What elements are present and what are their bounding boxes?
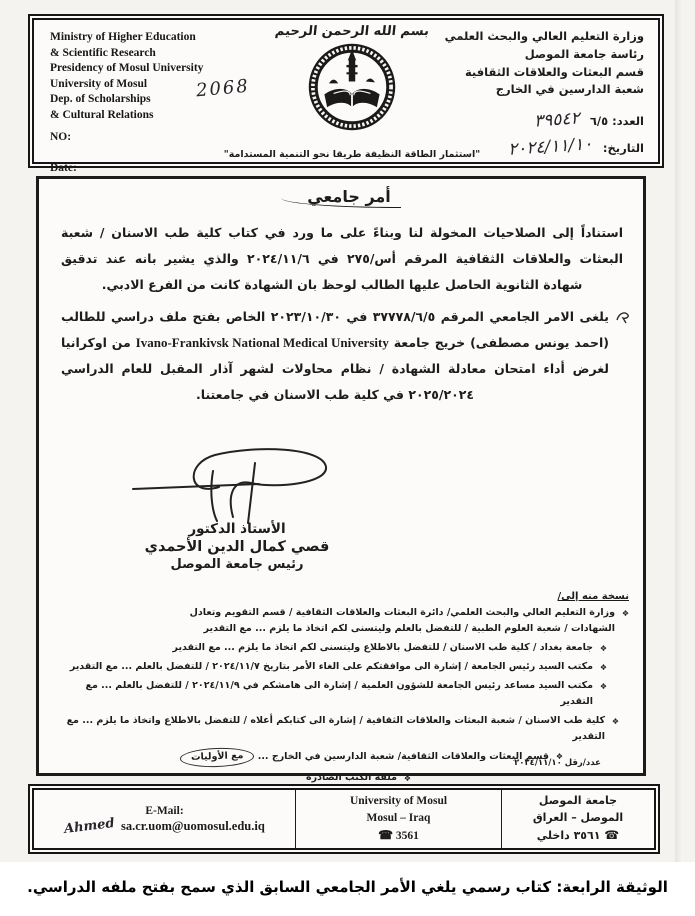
signer-title: الأستاذ الدكتور xyxy=(117,521,357,537)
university-seal-icon xyxy=(306,41,398,133)
phone-icon: ☎ xyxy=(604,828,619,842)
footer-bar: E-Mail: Ahmed sa.cr.uom@uomosul.edu.iq U… xyxy=(28,784,660,854)
cc-item-president-office: ❖ مكتب السيد رئيس الجامعة / إشارة الى مو… xyxy=(53,659,607,675)
diamond-bullet-icon: ❖ xyxy=(600,641,607,657)
footer-university-ar: جامعة الموصل xyxy=(539,793,617,810)
page-edge-shadow xyxy=(675,0,683,862)
date-label-ar: التاريخ: xyxy=(603,141,644,155)
ref-number-label: العدد: ٦/٥ xyxy=(590,114,644,128)
cc-item-baghdad: ❖ جامعة بغداد / كلية طب الاسنان / للتفضل… xyxy=(53,640,607,656)
cc-item-dentistry-college: ❖ كلية طب الاسنان / شعبة البعثات والعلاق… xyxy=(53,713,619,745)
university-name-english: Ivano-Frankivsk National Medical Univers… xyxy=(136,330,389,356)
cc-item-scholarships-dept: ❖ قسم البعثات والعلاقات الثقافية/ شعبة ا… xyxy=(53,748,563,767)
screenshot: Ministry of Higher Education & Scientifi… xyxy=(0,0,695,916)
signature-block: الأستاذ الدكتور قصي كمال الدين الأحمدي ر… xyxy=(117,437,357,572)
signer-name: قصي كمال الدين الأحمدي xyxy=(117,539,357,555)
footer-english-cell: University of Mosul Mosul – Iraq ☎ 3561 xyxy=(296,790,502,848)
letter-body: أمر جامعي استناداً إلى الصلاحيات المخولة… xyxy=(36,176,646,776)
handwritten-tick-icon xyxy=(615,309,631,325)
circled-annotation: مع الأوليات xyxy=(180,747,255,769)
division-ar: شعبة الدارسين في الخارج xyxy=(409,81,644,99)
footer-arabic-cell: جامعة الموصل الموصل – العراق ☎ ٣٥٦١ داخل… xyxy=(502,790,654,848)
diamond-bullet-icon: ❖ xyxy=(612,714,619,730)
typist-note: عدد/رقل ٢٠٢٤/١١/١٠ xyxy=(514,758,601,768)
date-label-en: Date: xyxy=(50,161,292,177)
letterhead-arabic: وزارة التعليم العالي والبحث العلمي رئاسة… xyxy=(409,28,644,160)
email-address: sa.cr.uom@uomosul.edu.iq xyxy=(121,819,265,833)
scanned-letter: Ministry of Higher Education & Scientifi… xyxy=(0,0,695,862)
dept-ar: قسم البعثات والعلاقات الثقافية xyxy=(409,64,644,82)
document-title: أمر جامعي xyxy=(39,187,643,208)
signature-scribble xyxy=(127,437,347,527)
diamond-bullet-icon: ❖ xyxy=(600,660,607,676)
ministry-ar: وزارة التعليم العالي والبحث العلمي xyxy=(409,28,644,46)
footer-phone-en: ☎ 3561 xyxy=(378,827,419,845)
phone-icon: ☎ xyxy=(378,828,393,842)
email-line: Ahmed sa.cr.uom@uomosul.edu.iq xyxy=(64,819,265,834)
diamond-bullet-icon: ❖ xyxy=(600,679,607,695)
ref-number-line: العدد: ٦/٥ ٣٩٥٤٢ xyxy=(409,107,644,133)
footer-phone-ar: ☎ ٣٥٦١ داخلي xyxy=(537,826,619,845)
paragraph-basis: استناداً إلى الصلاحيات المخولة لنا وبناء… xyxy=(61,220,623,298)
signer-position: رئيس جامعة الموصل xyxy=(117,557,357,572)
footer-university-en: University of Mosul xyxy=(350,793,447,810)
footer-email-cell: E-Mail: Ahmed sa.cr.uom@uomosul.edu.iq xyxy=(34,790,296,848)
footer-city-ar: الموصل – العراق xyxy=(533,810,623,827)
handwritten-ref-number: ٣٩٥٤٢ xyxy=(533,106,580,135)
footer-city-en: Mosul – Iraq xyxy=(367,810,431,827)
cc-item-assistant-president: ❖ مكتب السيد مساعد رئيس الجامعة للشؤون ا… xyxy=(53,678,607,710)
presidency-ar: رئاسة جامعة الموصل xyxy=(409,46,644,64)
distribution-list: نسخة منه إلى/ ❖ وزارة التعليم العالي وال… xyxy=(53,591,629,805)
handwritten-date: ٢٠٢٤/١١/١٠ xyxy=(508,131,594,163)
paragraph-cancellation: يلغى الامر الجامعي المرقم ٣٧٧٧٨/٦/٥ في ٢… xyxy=(61,304,609,408)
diamond-bullet-icon: ❖ xyxy=(622,606,629,622)
cc-header: نسخة منه إلى/ xyxy=(53,591,629,602)
letterhead: Ministry of Higher Education & Scientifi… xyxy=(28,14,664,168)
figure-caption: الوثيقة الرابعة: كتاب رسمي يلغي الأمر ال… xyxy=(0,878,695,896)
sustainability-slogan: "استثمار الطاقة النظيفة طريقا نحو التنمي… xyxy=(202,149,502,160)
handwritten-name: Ahmed xyxy=(63,815,115,836)
email-label: E-Mail: xyxy=(145,805,183,817)
cc-item-ministry: ❖ وزارة التعليم العالي والبحث العلمي/ دا… xyxy=(53,605,629,637)
